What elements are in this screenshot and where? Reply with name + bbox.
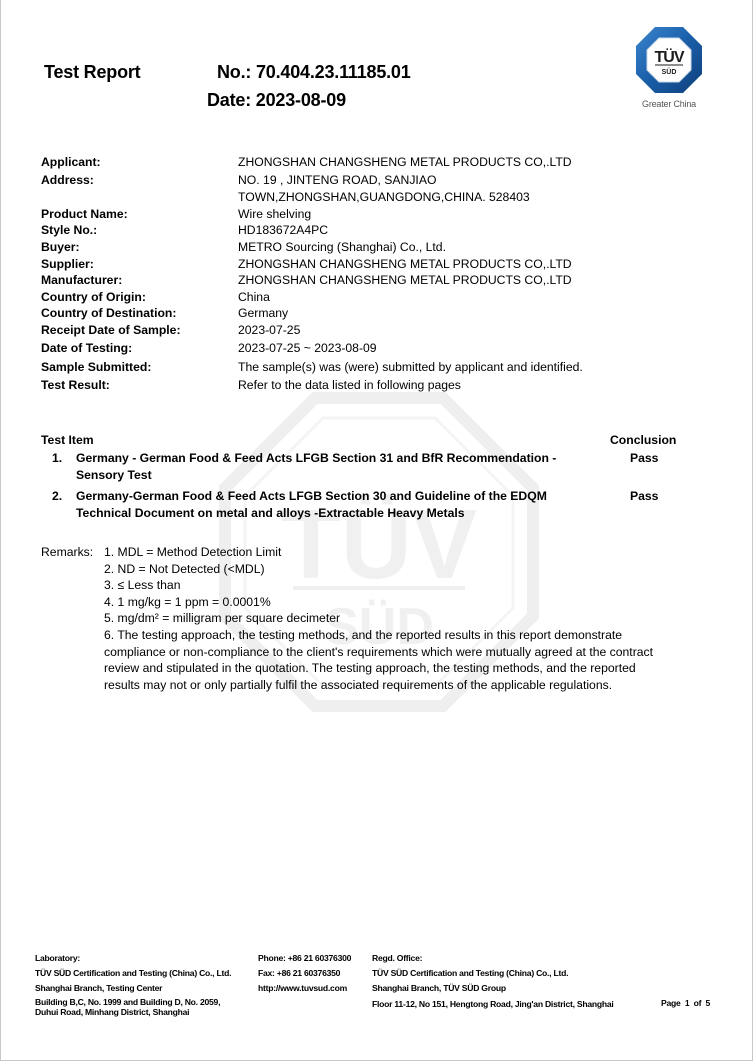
footer-laboratory-line: TÜV SÜD Certification and Testing (China…	[35, 966, 231, 981]
remark-item: 3. ≤ Less than	[104, 577, 653, 594]
remark-item: 5. mg/dm² = milligram per square decimet…	[104, 610, 653, 627]
remarks-items: 1. MDL = Method Detection Limit2. ND = N…	[104, 544, 653, 693]
test-item-description: Germany-German Food & Feed Acts LFGB Sec…	[76, 488, 547, 522]
info-label: Country of Origin:	[41, 290, 146, 304]
info-value: METRO Sourcing (Shanghai) Co., Ltd.	[238, 240, 446, 254]
test-item-line: Technical Document on metal and alloys -…	[76, 505, 547, 522]
info-label: Receipt Date of Sample:	[41, 323, 181, 337]
report-page: TÜV SÜD Test Report No.: 70.404.23.11185…	[0, 0, 753, 1061]
info-label: Style No.:	[41, 223, 97, 237]
footer-office: Regd. Office: TÜV SÜD Certification and …	[372, 951, 614, 1012]
info-label: Date of Testing:	[41, 341, 132, 355]
remark-continuation: results may not or only partially fulfil…	[104, 677, 653, 694]
info-value: 2023-07-25	[238, 323, 300, 337]
remark-item: 4. 1 mg/kg = 1 ppm = 0.0001%	[104, 594, 653, 611]
footer-laboratory-line: Shanghai Branch, Testing Center	[35, 981, 231, 996]
info-label: Applicant:	[41, 155, 101, 169]
info-value: HD183672A4PC	[238, 223, 328, 237]
info-value: ZHONGSHAN CHANGSHENG METAL PRODUCTS CO,.…	[238, 273, 572, 287]
info-value: ZHONGSHAN CHANGSHENG METAL PRODUCTS CO,.…	[238, 257, 572, 271]
info-label: Buyer:	[41, 240, 80, 254]
test-item-description: Germany - German Food & Feed Acts LFGB S…	[76, 450, 556, 484]
svg-text:SÜD: SÜD	[662, 67, 677, 76]
remark-continuation: compliance or non-compliance to the clie…	[104, 644, 653, 661]
report-date: Date: 2023-08-09	[207, 90, 346, 111]
footer-phone: Phone: +86 21 60376300	[258, 951, 351, 966]
report-number: No.: 70.404.23.11185.01	[217, 62, 411, 83]
test-item-line: Germany - German Food & Feed Acts LFGB S…	[76, 450, 556, 467]
test-item-header: Test Item	[41, 433, 94, 447]
footer-laboratory: Laboratory: TÜV SÜD Certification and Te…	[35, 951, 231, 1018]
tuv-sud-logo-icon: TÜV SÜD	[635, 26, 703, 94]
info-label: Product Name:	[41, 207, 128, 221]
conclusion-header: Conclusion	[610, 433, 676, 447]
info-value: Refer to the data listed in following pa…	[238, 378, 461, 392]
remarks-label: Remarks:	[41, 544, 93, 561]
remark-item: 6. The testing approach, the testing met…	[104, 627, 653, 644]
info-label: Sample Submitted:	[41, 360, 151, 374]
footer-laboratory-line: Building B,C, No. 1999 and Building D, N…	[35, 997, 231, 1008]
test-item-conclusion: Pass	[630, 489, 658, 503]
footer-office-heading: Regd. Office:	[372, 951, 614, 966]
footer-contact: Phone: +86 21 60376300 Fax: +86 21 60376…	[258, 951, 351, 997]
test-item-number: 2.	[52, 489, 62, 503]
info-label: Test Result:	[41, 378, 110, 392]
info-label: Manufacturer:	[41, 273, 122, 287]
info-value: TOWN,ZHONGSHAN,GUANGDONG,CHINA. 528403	[238, 190, 530, 204]
remark-continuation: review and stipulated in the quotation. …	[104, 660, 653, 677]
footer-laboratory-line: Duhui Road, Minhang District, Shanghai	[35, 1007, 231, 1018]
page-indicator: Page 1 of 5	[661, 996, 710, 1011]
info-value: 2023-07-25 ~ 2023-08-09	[238, 341, 377, 355]
footer-website-link[interactable]: http://www.tuvsud.com	[258, 981, 351, 996]
footer-fax: Fax: +86 21 60376350	[258, 966, 351, 981]
footer-laboratory-heading: Laboratory:	[35, 951, 231, 966]
page-title: Test Report	[44, 62, 140, 83]
logo-caption: Greater China	[625, 99, 713, 109]
footer-office-line: TÜV SÜD Certification and Testing (China…	[372, 966, 614, 981]
info-label: Address:	[41, 173, 94, 187]
test-item-conclusion: Pass	[630, 451, 658, 465]
svg-text:TÜV: TÜV	[655, 47, 685, 66]
remark-item: 2. ND = Not Detected (<MDL)	[104, 561, 653, 578]
info-value: Germany	[238, 306, 288, 320]
footer-office-line: Floor 11-12, No 151, Hengtong Road, Jing…	[372, 997, 614, 1012]
test-item-line: Germany-German Food & Feed Acts LFGB Sec…	[76, 488, 547, 505]
remark-item: 1. MDL = Method Detection Limit	[104, 544, 653, 561]
test-item-number: 1.	[52, 451, 62, 465]
info-value: China	[238, 290, 270, 304]
footer-office-line: Shanghai Branch, TÜV SÜD Group	[372, 981, 614, 996]
info-label: Supplier:	[41, 257, 94, 271]
info-value: ZHONGSHAN CHANGSHENG METAL PRODUCTS CO,.…	[238, 155, 572, 169]
test-item-line: Sensory Test	[76, 467, 556, 484]
info-value: NO. 19 , JINTENG ROAD, SANJIAO	[238, 173, 436, 187]
info-value: Wire shelving	[238, 207, 311, 221]
info-label: Country of Destination:	[41, 306, 176, 320]
info-value: The sample(s) was (were) submitted by ap…	[238, 360, 583, 374]
